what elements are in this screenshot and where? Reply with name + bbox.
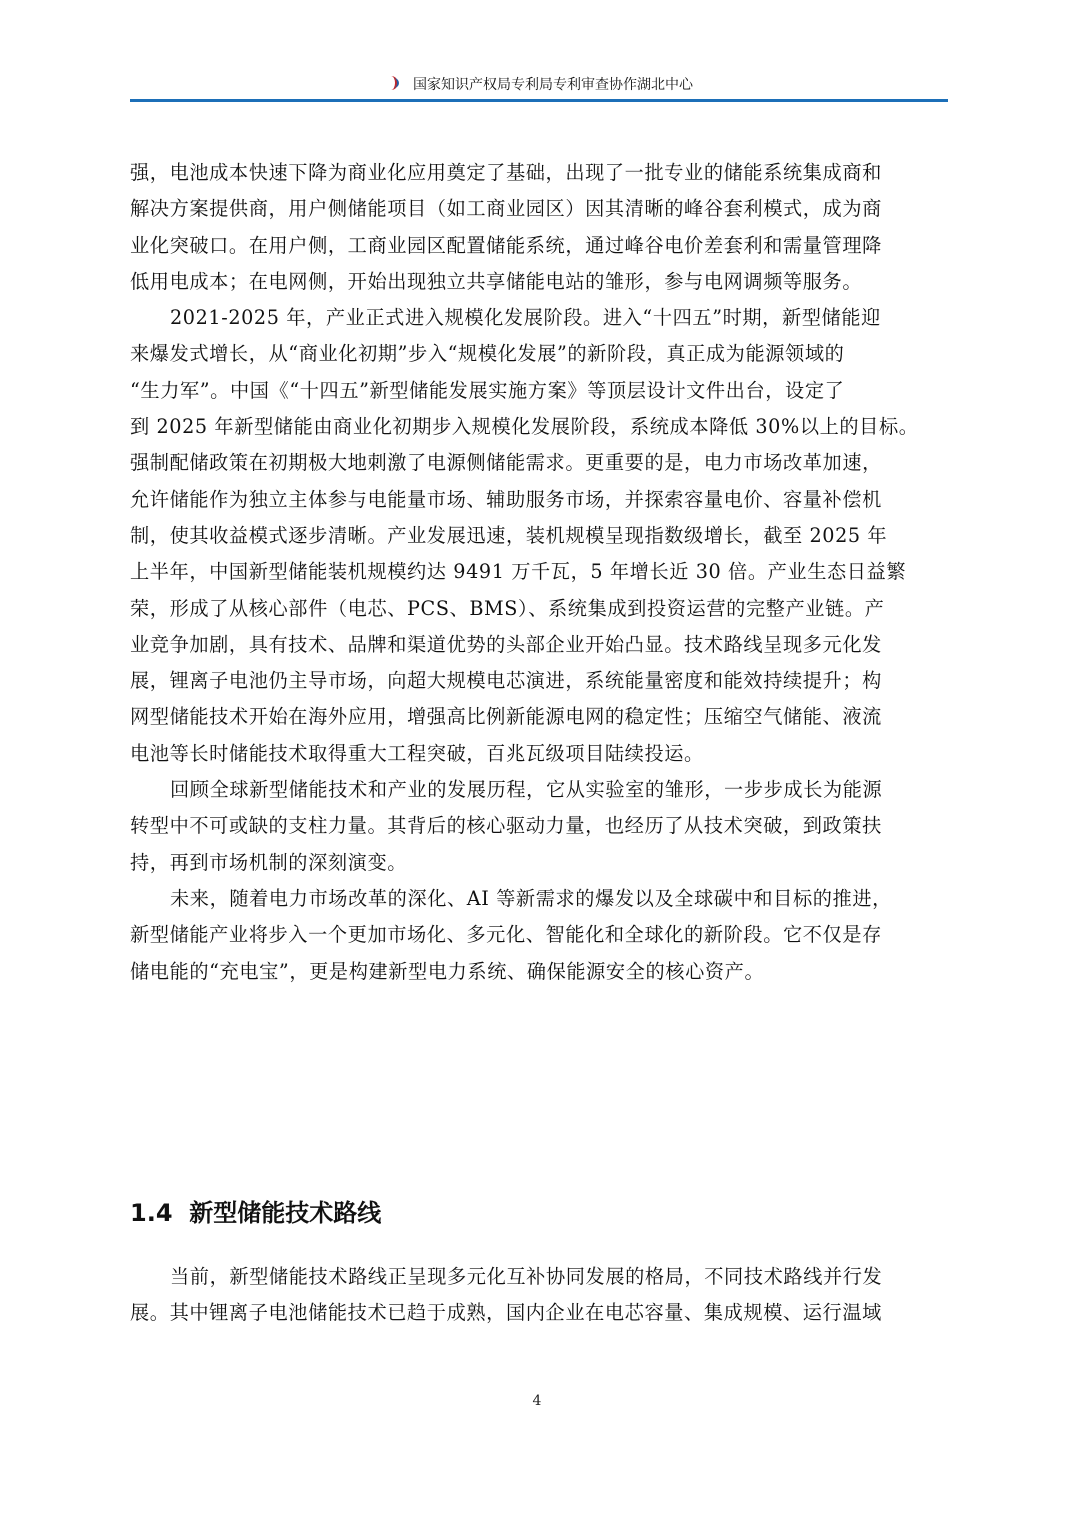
page-header: 国家知识产权局专利局专利审查协作湖北中心 — [130, 74, 948, 100]
text-line: “生力军”。中国《“十四五”新型储能发展实施方案》等顶层设计文件出台，设定了 — [130, 379, 844, 402]
text-line: 解决方案提供商，用户侧储能项目（如工商业园区）因其清晰的峰谷套利模式，成为商 — [130, 197, 882, 220]
text-line: 低用电成本；在电网侧，开始出现独立共享储能电站的雏形，参与电网调频等服务。 — [130, 270, 862, 293]
text-line: 储电能的“充电宝”，更是构建新型电力系统、确保能源安全的核心资产。 — [130, 960, 764, 983]
text-line: 允许储能作为独立主体参与电能量市场、辅助服务市场，并探索容量电价、容量补偿机 — [130, 488, 882, 511]
paragraph-2: 2021-2025 年，产业正式进入规模化发展阶段。进入“十四五”时期，新型储能… — [130, 300, 948, 772]
text-line: 2021-2025 年，产业正式进入规模化发展阶段。进入“十四五”时期，新型储能… — [170, 306, 881, 329]
text-line: 当前，新型储能技术路线正呈现多元化互补协同发展的格局，不同技术路线并行发 — [170, 1265, 882, 1288]
section-number: 1.4 — [130, 1199, 173, 1227]
page-number: 4 — [0, 1393, 1074, 1409]
paragraph-1: 强，电池成本快速下降为商业化应用奠定了基础，出现了一批专业的储能系统集成商和 解… — [130, 155, 948, 300]
text-line: 到 2025 年新型储能由商业化初期步入规模化发展阶段，系统成本降低 30%以上… — [130, 415, 919, 438]
section-title: 新型储能技术路线 — [189, 1199, 381, 1227]
cnipa-logo-icon — [385, 75, 399, 93]
header-rule — [130, 99, 948, 102]
text-line: 制，使其收益模式逐步清晰。产业发展迅速，装机规模呈现指数级增长，截至 2025 … — [130, 524, 887, 547]
text-line: 来爆发式增长，从“商业化初期”步入“规模化发展”的新阶段，真正成为能源领域的 — [130, 342, 844, 365]
section-body: 当前，新型储能技术路线正呈现多元化互补协同发展的格局，不同技术路线并行发 展。其… — [130, 1259, 948, 1332]
text-line: 电池等长时储能技术取得重大工程突破，百兆瓦级项目陆续投运。 — [130, 742, 704, 765]
text-line: 转型中不可或缺的支柱力量。其背后的核心驱动力量，也经历了从技术突破，到政策扶 — [130, 814, 882, 837]
text-line: 展。其中锂离子电池储能技术已趋于成熟，国内企业在电芯容量、集成规模、运行温域 — [130, 1301, 882, 1324]
text-line: 业化突破口。在用户侧，工商业园区配置储能系统，通过峰谷电价差套利和需量管理降 — [130, 234, 882, 257]
section-paragraph-1: 当前，新型储能技术路线正呈现多元化互补协同发展的格局，不同技术路线并行发 展。其… — [130, 1259, 948, 1332]
text-line: 新型储能产业将步入一个更加市场化、多元化、智能化和全球化的新阶段。它不仅是存 — [130, 923, 882, 946]
text-line: 业竞争加剧，具有技术、品牌和渠道优势的头部企业开始凸显。技术路线呈现多元化发 — [130, 633, 882, 656]
paragraph-3: 回顾全球新型储能技术和产业的发展历程，它从实验室的雏形，一步步成长为能源 转型中… — [130, 772, 948, 881]
text-line: 展，锂离子电池仍主导市场，向超大规模电芯演进，系统能量密度和能效持续提升；构 — [130, 669, 882, 692]
text-line: 上半年，中国新型储能装机规模约达 9491 万千瓦，5 年增长近 30 倍。产业… — [130, 560, 906, 583]
paragraph-4: 未来，随着电力市场改革的深化、AI 等新需求的爆发以及全球碳中和目标的推进， 新… — [130, 881, 948, 990]
text-line: 强制配储政策在初期极大地刺激了电源侧储能需求。更重要的是，电力市场改革加速， — [130, 451, 882, 474]
text-line: 回顾全球新型储能技术和产业的发展历程，它从实验室的雏形，一步步成长为能源 — [170, 778, 882, 801]
section-heading: 1.4 新型储能技术路线 — [130, 1193, 381, 1228]
text-line: 强，电池成本快速下降为商业化应用奠定了基础，出现了一批专业的储能系统集成商和 — [130, 161, 882, 184]
text-line: 持，再到市场机制的深刻演变。 — [130, 851, 407, 874]
header-title: 国家知识产权局专利局专利审查协作湖北中心 — [413, 77, 693, 93]
text-line: 未来，随着电力市场改革的深化、AI 等新需求的爆发以及全球碳中和目标的推进， — [170, 887, 892, 910]
text-line: 网型储能技术开始在海外应用，增强高比例新能源电网的稳定性；压缩空气储能、液流 — [130, 705, 882, 728]
body-text: 强，电池成本快速下降为商业化应用奠定了基础，出现了一批专业的储能系统集成商和 解… — [130, 155, 948, 990]
header-title-row: 国家知识产权局专利局专利审查协作湖北中心 — [130, 74, 948, 96]
text-line: 荣，形成了从核心部件（电芯、PCS、BMS）、系统集成到投资运营的完整产业链。产 — [130, 597, 884, 620]
